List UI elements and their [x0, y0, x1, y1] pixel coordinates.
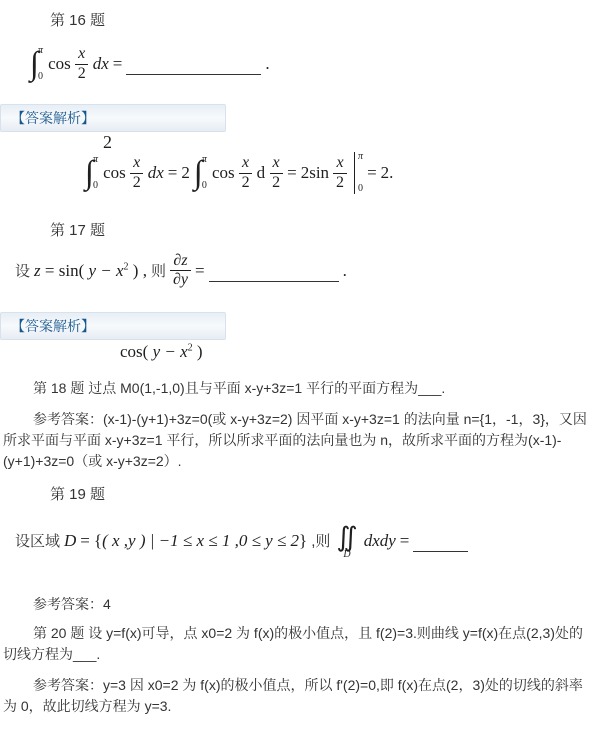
q17-formula: 设 z = sin( y − x2 ) , 则 ∂z ∂y = .	[15, 252, 598, 290]
q19-title: 第 19 题	[0, 486, 598, 504]
q16-solution-formula: ∫ π 0 cos x 2 dx = 2 ∫ π 0 cos x 2 d x	[85, 152, 598, 194]
answer-blank	[126, 59, 261, 75]
double-integral-domain: D	[343, 550, 350, 560]
then-label: ,则	[311, 530, 330, 551]
equals-token: =	[287, 163, 297, 183]
q20-answer-text: 参考答案：y=3 因 x0=2 为 f(x)的极小值点，所以 f'(2)=0,即…	[3, 675, 595, 717]
dx-token: dx	[148, 163, 164, 183]
then-label: 则	[151, 260, 166, 281]
fraction-x-over-2: x 2	[269, 154, 283, 192]
eval-upper-limit: π	[358, 152, 363, 162]
exam-document-page: 第 16 题 ∫ π 0 cos x 2 dx = . 【答案解析】 2 ∫ π…	[0, 0, 598, 749]
fraction-x-over-2: x 2	[75, 45, 89, 83]
answer-analysis-badge[interactable]: 【答案解析】	[0, 104, 226, 132]
q20-question-text: 第 20 题 设 y=f(x)可导，点 x0=2 为 f(x)的极小值点，且 f…	[3, 623, 595, 665]
q18-question-text: 第 18 题 过点 M0(1,-1,0)且与平面 x-y+3z=1 平行的平面方…	[3, 378, 595, 399]
dxdy-token: dxdy	[364, 531, 396, 551]
equals-token: =	[168, 163, 178, 183]
answer-blank	[413, 536, 468, 552]
q19-answer-text: 参考答案：4	[3, 594, 595, 615]
answer-blank	[209, 266, 339, 282]
equals-token: =	[367, 163, 377, 183]
D-variable: D	[64, 531, 76, 551]
integral-sign: ∫ π 0	[85, 153, 99, 193]
equals-token: =	[400, 531, 410, 551]
cos-token: cos	[212, 163, 235, 183]
q16-title: 第 16 题	[0, 12, 598, 30]
integral-sign: ∫ π 0	[30, 44, 44, 84]
result-token: 2.	[381, 163, 394, 183]
evaluation-bar: π 0	[354, 152, 363, 194]
coefficient-2: 2	[181, 163, 190, 183]
region-label: 设区域	[15, 530, 60, 551]
partial-derivative-fraction: ∂z ∂y	[170, 252, 191, 290]
d-token: d	[257, 163, 266, 183]
equals-token: =	[113, 54, 123, 74]
eval-lower-limit: 0	[358, 184, 363, 194]
cos-expression: cos( y − x2 )	[120, 342, 203, 362]
z-equals-sin-expression: z = sin( y − x2 ) ,	[34, 261, 147, 281]
fraction-x-over-2: x 2	[239, 154, 253, 192]
fraction-x-over-2: x 2	[130, 154, 144, 192]
equals-token: =	[80, 531, 90, 551]
period-token: .	[265, 54, 269, 74]
q17-answer-formula: cos( y − x2 )	[120, 342, 598, 362]
fraction-x-over-2: x 2	[333, 154, 347, 192]
2sin-token: 2sin	[301, 163, 329, 183]
equals-token: =	[195, 261, 205, 281]
q18-answer-text: 参考答案：(x-1)-(y+1)+3z=0(或 x-y+3z=2) 因平面 x-…	[3, 409, 595, 472]
cos-token: cos	[103, 163, 126, 183]
q16-answer-value: 2	[103, 132, 598, 152]
cos-token: cos	[48, 54, 71, 74]
dx-token: dx	[93, 54, 109, 74]
she-label: 设	[15, 260, 30, 281]
integral-lower-limit: 0	[38, 72, 43, 82]
period-token: .	[343, 261, 347, 281]
double-integral-sign: ∬ D	[336, 522, 357, 560]
q19-formula: 设区域 D = {( x ,y ) | −1 ≤ x ≤ 1 ,0 ≤ y ≤ …	[15, 522, 598, 560]
set-expression: {( x ,y ) | −1 ≤ x ≤ 1 ,0 ≤ y ≤ 2}	[94, 531, 307, 551]
integral-sign: ∫ π 0	[194, 153, 208, 193]
answer-analysis-badge[interactable]: 【答案解析】	[0, 312, 226, 340]
q16-formula: ∫ π 0 cos x 2 dx = .	[30, 44, 598, 84]
q17-title: 第 17 题	[0, 222, 598, 240]
integral-upper-limit: π	[38, 46, 43, 56]
